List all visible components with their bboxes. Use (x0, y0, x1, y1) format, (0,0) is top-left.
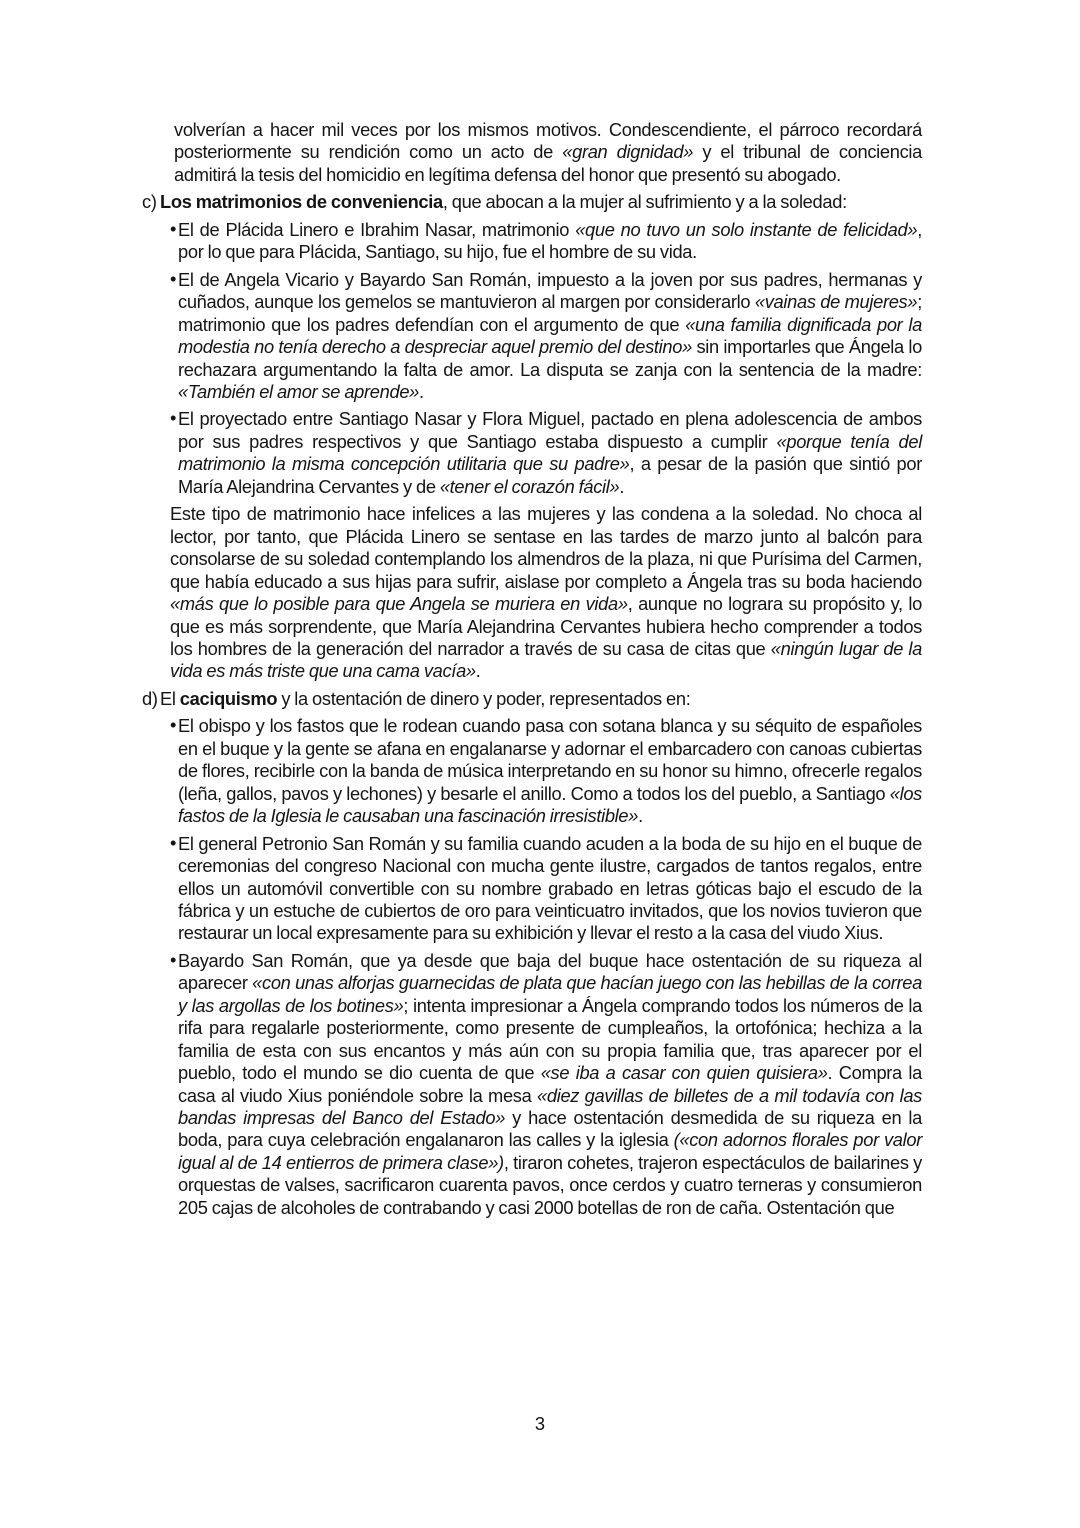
text-run: «más que lo posible para que Angela se m… (170, 593, 628, 614)
list-item-c: c) Los matrimonios de conveniencia, que … (142, 191, 922, 213)
text-run: El obispo y los fastos que le rodean cua… (178, 715, 922, 803)
list-marker: d) (142, 688, 158, 710)
bullet-text: El de Angela Vicario y Bayardo San Román… (178, 269, 922, 402)
list-item-text: El caciquismo y la ostentación de dinero… (160, 688, 690, 709)
text-run: . (619, 476, 624, 497)
bullet-text: El obispo y los fastos que le rodean cua… (178, 715, 922, 826)
text-run: «gran dignidad» (562, 141, 693, 162)
text-run: El de Plácida Linero e Ibrahim Nasar, ma… (178, 219, 575, 240)
text-run: . (638, 805, 643, 826)
bullet-icon: • (170, 714, 176, 736)
paragraph: volverían a hacer mil veces por los mism… (142, 119, 922, 186)
text-run: , que abocan a la mujer al sufrimiento y… (443, 191, 847, 212)
text-run: «También el amor se aprende» (178, 381, 419, 402)
text-run: Este tipo de matrimonio hace infelices a… (170, 503, 922, 591)
text-run: El (160, 688, 180, 709)
bullet-item: • El obispo y los fastos que le rodean c… (142, 715, 922, 827)
list-item-text: Los matrimonios de conveniencia, que abo… (160, 191, 847, 212)
text-run: . (476, 660, 481, 681)
bullet-icon: • (170, 832, 176, 854)
bullet-item: • El proyectado entre Santiago Nasar y F… (142, 408, 922, 498)
document-page: volverían a hacer mil veces por los mism… (0, 0, 1080, 1528)
bullet-icon: • (170, 407, 176, 429)
text-run: Los matrimonios de conveniencia (160, 191, 443, 212)
document-body: volverían a hacer mil veces por los mism… (142, 119, 922, 1224)
bullet-icon: • (170, 268, 176, 290)
paragraph: Este tipo de matrimonio hace infelices a… (142, 503, 922, 683)
bullet-text: El general Petronio San Román y su famil… (178, 833, 922, 944)
page-number: 3 (0, 1413, 1080, 1435)
text-run: caciquismo (180, 688, 277, 709)
bullet-text: El proyectado entre Santiago Nasar y Flo… (178, 408, 922, 496)
bullet-item: • El de Plácida Linero e Ibrahim Nasar, … (142, 219, 922, 264)
bullet-item: • El de Angela Vicario y Bayardo San Rom… (142, 269, 922, 404)
text-run: «vainas de mujeres» (755, 291, 917, 312)
text-run: «tener el corazón fácil» (440, 476, 620, 497)
bullet-item: • El general Petronio San Román y su fam… (142, 833, 922, 945)
list-item-d: d) El caciquismo y la ostentación de din… (142, 688, 922, 710)
bullet-text: El de Plácida Linero e Ibrahim Nasar, ma… (178, 219, 922, 262)
list-marker: c) (142, 191, 157, 213)
text-run: «que no tuvo un solo instante de felicid… (575, 219, 917, 240)
bullet-icon: • (170, 949, 176, 971)
text-run: y la ostentación de dinero y poder, repr… (277, 688, 690, 709)
bullet-text: Bayardo San Román, que ya desde que baja… (178, 950, 922, 1218)
text-run: «se iba a casar con quien quisiera» (541, 1062, 828, 1083)
bullet-icon: • (170, 218, 176, 240)
bullet-item: • Bayardo San Román, que ya desde que ba… (142, 950, 922, 1219)
text-run: El general Petronio San Román y su famil… (178, 833, 922, 944)
text-run: . (419, 381, 424, 402)
